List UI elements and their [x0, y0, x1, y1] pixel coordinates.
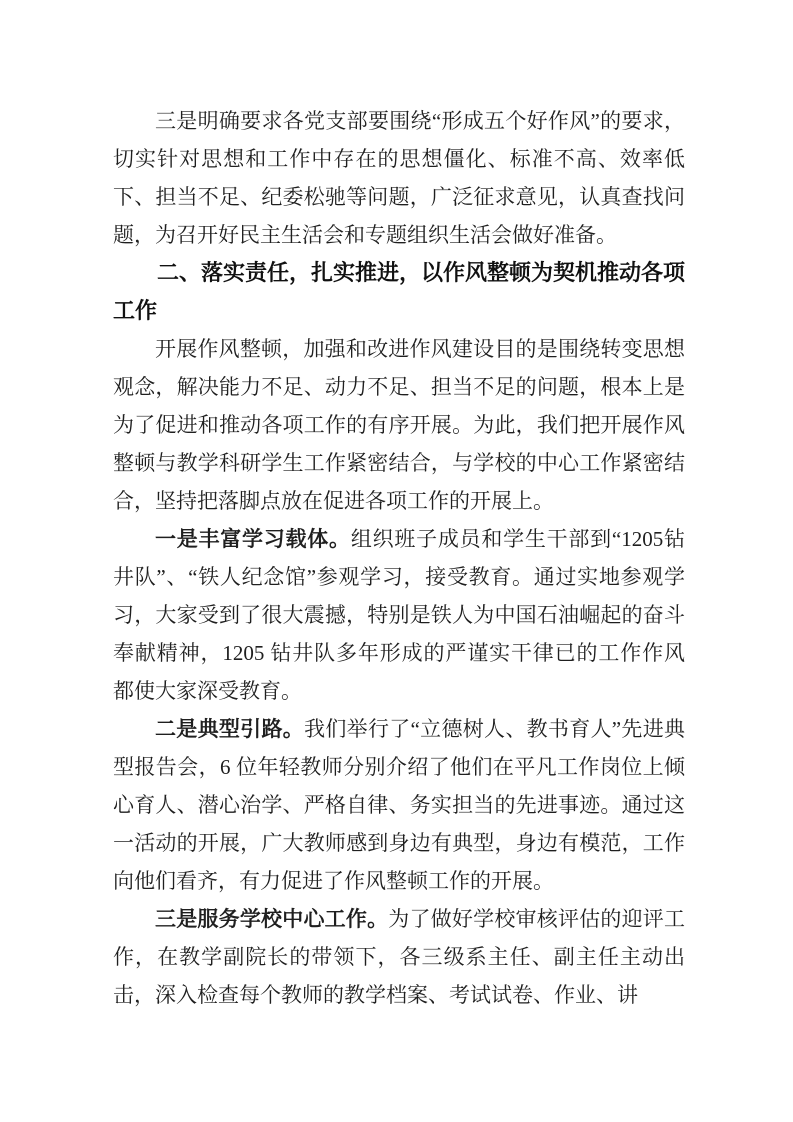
- paragraph-text: 三是明确要求各党支部要围绕“形成五个好作风”的要求，切实针对思想和工作中存在的思…: [113, 109, 685, 247]
- paragraph-section-overview: 开展作风整顿，加强和改进作风建设目的是围绕转变思想观念，解决能力不足、动力不足、…: [113, 330, 685, 520]
- paragraph-point-2: 二是典型引路。我们举行了“立德树人、教书育人”先进典型报告会，6 位年轻教师分别…: [113, 710, 685, 900]
- paragraph-lead: 一是丰富学习载体。: [155, 527, 351, 551]
- paragraph-lead: 二是典型引路。: [155, 717, 304, 741]
- paragraph-point-1: 一是丰富学习载体。组织班子成员和学生干部到“1205钻井队”、“铁人纪念馆”参观…: [113, 520, 685, 710]
- paragraph-text: 我们举行了“立德树人、教书育人”先进典型报告会，6 位年轻教师分别介绍了他们在平…: [113, 717, 685, 893]
- paragraph-text: 开展作风整顿，加强和改进作风建设目的是围绕转变思想观念，解决能力不足、动力不足、…: [113, 337, 685, 513]
- paragraph-lead: 三是服务学校中心工作。: [155, 907, 388, 931]
- paragraph-point-three-prev-section: 三是明确要求各党支部要围绕“形成五个好作风”的要求，切实针对思想和工作中存在的思…: [113, 102, 685, 254]
- paragraph-point-3: 三是服务学校中心工作。为了做好学校审核评估的迎评工作，在教学副院长的带领下，各三…: [113, 900, 685, 1014]
- paragraph-text: 组织班子成员和学生干部到“1205钻井队”、“铁人纪念馆”参观学习，接受教育。通…: [113, 527, 685, 703]
- document-text-block: 三是明确要求各党支部要围绕“形成五个好作风”的要求，切实针对思想和工作中存在的思…: [113, 102, 685, 1014]
- document-page: 三是明确要求各党支部要围绕“形成五个好作风”的要求，切实针对思想和工作中存在的思…: [0, 0, 793, 1122]
- section-heading-2: 二、落实责任，扎实推进，以作风整顿为契机推动各项工作: [113, 254, 685, 330]
